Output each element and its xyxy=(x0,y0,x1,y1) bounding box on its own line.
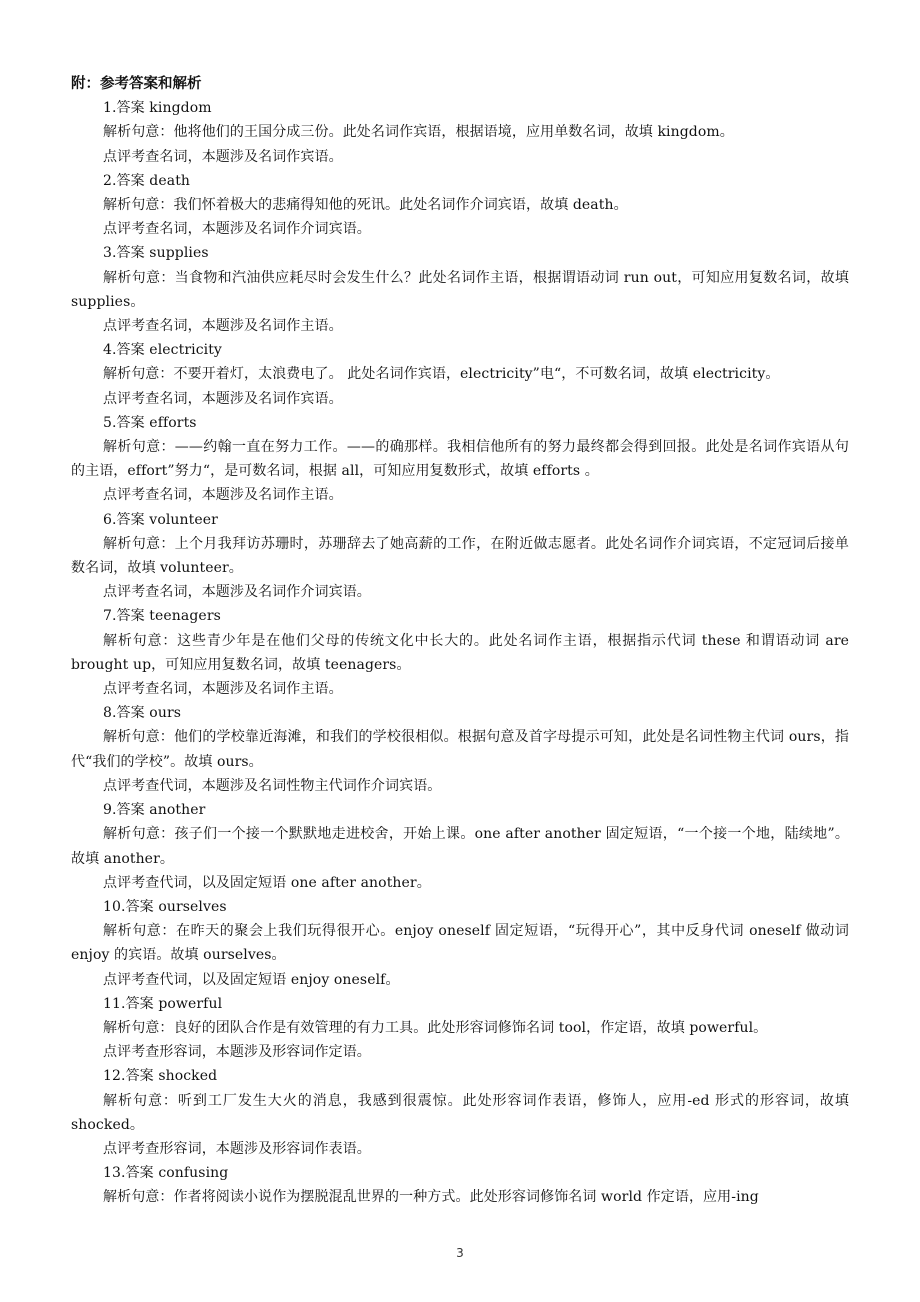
answer-item: 3.答案 supplies解析句意：当食物和汽油供应耗尽时会发生什么？此处名词作… xyxy=(71,241,849,338)
answer-item: 2.答案 death解析句意：我们怀着极大的悲痛得知他的死讯。此处名词作介词宾语… xyxy=(71,169,849,242)
answer-item: 7.答案 teenagers解析句意：这些青少年是在他们父母的传统文化中长大的。… xyxy=(71,604,849,701)
answer-item: 13.答案 confusing解析句意：作者将阅读小说作为摆脱混乱世界的一种方式… xyxy=(71,1161,849,1209)
answer-line: 12.答案 shocked xyxy=(71,1064,849,1088)
section-heading: 附：参考答案和解析 xyxy=(71,72,849,96)
comment-line: 点评考查名词，本题涉及名词作主语。 xyxy=(71,483,849,507)
comment-line: 点评考查名词，本题涉及名词作介词宾语。 xyxy=(71,580,849,604)
answer-line: 8.答案 ours xyxy=(71,701,849,725)
answer-item: 8.答案 ours解析句意：他们的学校靠近海滩，和我们的学校很相似。根据句意及首… xyxy=(71,701,849,798)
analysis-paragraph: 解析句意：作者将阅读小说作为摆脱混乱世界的一种方式。此处形容词修饰名词 worl… xyxy=(71,1185,849,1209)
answer-item: 5.答案 efforts解析句意：——约翰一直在努力工作。——的确那样。我相信他… xyxy=(71,411,849,508)
answer-item: 6.答案 volunteer解析句意：上个月我拜访苏珊时，苏珊辞去了她高薪的工作… xyxy=(71,508,849,605)
comment-line: 点评考查代词，以及固定短语 enjoy oneself。 xyxy=(71,968,849,992)
answer-line: 5.答案 efforts xyxy=(71,411,849,435)
answer-line: 11.答案 powerful xyxy=(71,992,849,1016)
analysis-paragraph: 解析句意：良好的团队合作是有效管理的有力工具。此处形容词修饰名词 tool，作定… xyxy=(71,1016,849,1040)
comment-line: 点评考查形容词，本题涉及形容词作表语。 xyxy=(71,1137,849,1161)
analysis-paragraph: 解析句意：他们的学校靠近海滩，和我们的学校很相似。根据句意及首字母提示可知，此处… xyxy=(71,725,849,773)
answer-line: 1.答案 kingdom xyxy=(71,96,849,120)
answer-line: 6.答案 volunteer xyxy=(71,508,849,532)
comment-line: 点评考查名词，本题涉及名词作主语。 xyxy=(71,314,849,338)
page-number: 3 xyxy=(0,1246,920,1260)
answer-line: 7.答案 teenagers xyxy=(71,604,849,628)
comment-line: 点评考查名词，本题涉及名词作主语。 xyxy=(71,677,849,701)
analysis-paragraph: 解析句意：听到工厂发生大火的消息，我感到很震惊。此处形容词作表语，修饰人，应用-… xyxy=(71,1089,849,1137)
analysis-paragraph: 解析句意：当食物和汽油供应耗尽时会发生什么？此处名词作主语，根据谓语动词 run… xyxy=(71,266,849,314)
answer-line: 13.答案 confusing xyxy=(71,1161,849,1185)
answer-line: 9.答案 another xyxy=(71,798,849,822)
comment-line: 点评考查名词，本题涉及名词作介词宾语。 xyxy=(71,217,849,241)
analysis-paragraph: 解析句意：我们怀着极大的悲痛得知他的死讯。此处名词作介词宾语，故填 death。 xyxy=(71,193,849,217)
answer-item: 12.答案 shocked解析句意：听到工厂发生大火的消息，我感到很震惊。此处形… xyxy=(71,1064,849,1161)
analysis-paragraph: 解析句意：他将他们的王国分成三份。此处名词作宾语，根据语境，应用单数名词，故填 … xyxy=(71,120,849,144)
answer-line: 4.答案 electricity xyxy=(71,338,849,362)
analysis-paragraph: 解析句意：这些青少年是在他们父母的传统文化中长大的。此处名词作主语，根据指示代词… xyxy=(71,629,849,677)
analysis-paragraph: 解析句意：不要开着灯，太浪费电了。 此处名词作宾语，electricity”电“… xyxy=(71,362,849,386)
answer-item: 10.答案 ourselves解析句意：在昨天的聚会上我们玩得很开心。enjoy… xyxy=(71,895,849,992)
answer-line: 2.答案 death xyxy=(71,169,849,193)
analysis-paragraph: 解析句意：——约翰一直在努力工作。——的确那样。我相信他所有的努力最终都会得到回… xyxy=(71,435,849,483)
analysis-paragraph: 解析句意：孩子们一个接一个默默地走进校舍，开始上课。one after anot… xyxy=(71,822,849,870)
answer-item: 4.答案 electricity解析句意：不要开着灯，太浪费电了。 此处名词作宾… xyxy=(71,338,849,411)
answer-item: 9.答案 another解析句意：孩子们一个接一个默默地走进校舍，开始上课。on… xyxy=(71,798,849,895)
analysis-paragraph: 解析句意：上个月我拜访苏珊时，苏珊辞去了她高薪的工作，在附近做志愿者。此处名词作… xyxy=(71,532,849,580)
answer-list: 1.答案 kingdom解析句意：他将他们的王国分成三份。此处名词作宾语，根据语… xyxy=(71,96,849,1209)
answer-item: 1.答案 kingdom解析句意：他将他们的王国分成三份。此处名词作宾语，根据语… xyxy=(71,96,849,169)
document-page: 附：参考答案和解析 1.答案 kingdom解析句意：他将他们的王国分成三份。此… xyxy=(71,72,849,1210)
answer-item: 11.答案 powerful解析句意：良好的团队合作是有效管理的有力工具。此处形… xyxy=(71,992,849,1065)
comment-line: 点评考查代词，本题涉及名词性物主代词作介词宾语。 xyxy=(71,774,849,798)
comment-line: 点评考查名词，本题涉及名词作宾语。 xyxy=(71,387,849,411)
analysis-paragraph: 解析句意：在昨天的聚会上我们玩得很开心。enjoy oneself 固定短语，“… xyxy=(71,919,849,967)
comment-line: 点评考查形容词，本题涉及形容词作定语。 xyxy=(71,1040,849,1064)
comment-line: 点评考查名词，本题涉及名词作宾语。 xyxy=(71,145,849,169)
comment-line: 点评考查代词，以及固定短语 one after another。 xyxy=(71,871,849,895)
answer-line: 3.答案 supplies xyxy=(71,241,849,265)
answer-line: 10.答案 ourselves xyxy=(71,895,849,919)
